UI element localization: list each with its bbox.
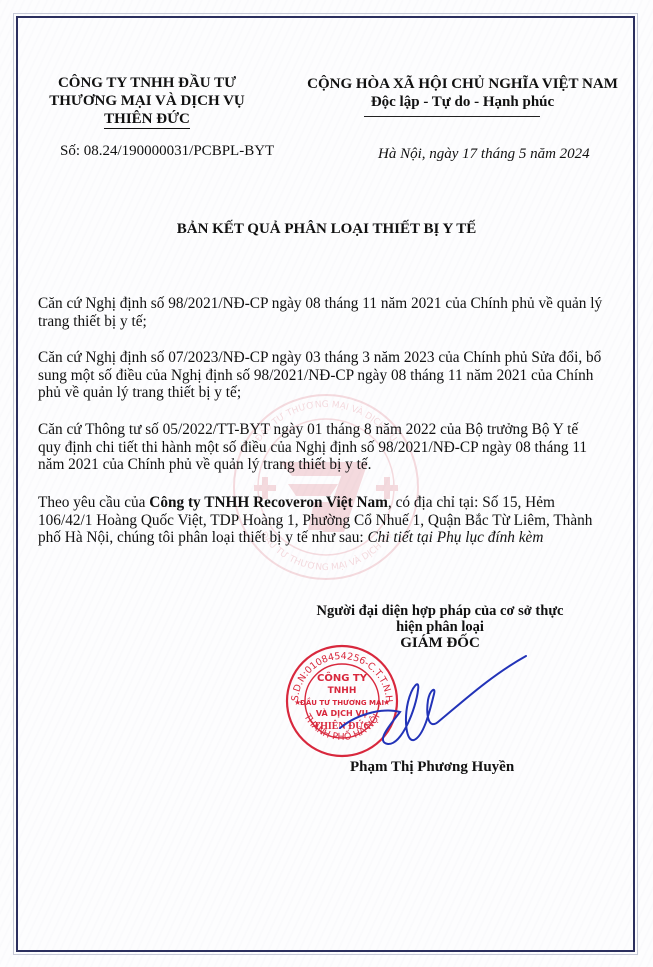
company-name-line-3: THIÊN ĐỨC <box>104 111 190 129</box>
paragraph-line: trang thiết bị y tế; <box>38 313 638 331</box>
paragraph-line: phủ về quản lý trang thiết bị y tế; <box>38 384 638 402</box>
paragraph-line: sung một số điều của Nghị định số 98/202… <box>38 367 638 385</box>
paragraph-line: quy định chi tiết thi hành một số điều c… <box>38 439 638 457</box>
paragraph-line: Căn cứ Nghị định số 07/2023/NĐ-CP ngày 0… <box>38 349 638 367</box>
motto-underline <box>364 116 540 117</box>
nation-name: CỘNG HÒA XÃ HỘI CHỦ NGHĨA VIỆT NAM <box>285 75 640 93</box>
company-name-block: CÔNG TY TNHH ĐẦU TƯ THƯƠNG MẠI VÀ DỊCH V… <box>40 74 254 129</box>
paragraph-legal-basis-1: Căn cứ Nghị định số 98/2021/NĐ-CP ngày 0… <box>38 295 638 330</box>
paragraph-line: phố Hà Nội, chúng tôi phân loại thiết bị… <box>38 529 638 547</box>
company-name-line-1: CÔNG TY TNHH ĐẦU TƯ <box>40 74 254 92</box>
paragraph-request: Theo yêu cầu của Công ty TNHH Recoveron … <box>38 494 638 547</box>
client-company-name: Công ty TNHH Recoveron Việt Nam <box>149 494 388 511</box>
issue-date: Hà Nội, ngày 17 tháng 5 năm 2024 <box>378 146 590 163</box>
company-name-line-2: THƯƠNG MẠI VÀ DỊCH VỤ <box>40 92 254 110</box>
paragraph-line: Căn cứ Nghị định số 98/2021/NĐ-CP ngày 0… <box>38 295 638 313</box>
paragraph-legal-basis-3: Căn cứ Thông tư số 05/2022/TT-BYT ngày 0… <box>38 421 638 474</box>
national-header: CỘNG HÒA XÃ HỘI CHỦ NGHĨA VIỆT NAM Độc l… <box>285 75 640 111</box>
signatory-name: Phạm Thị Phương Huyền <box>350 759 514 776</box>
document-title: BẢN KẾT QUẢ PHÂN LOẠI THIẾT BỊ Y TẾ <box>0 221 653 238</box>
handwritten-signature-icon <box>330 650 530 760</box>
appendix-reference: Chi tiết tại Phụ lục đính kèm <box>367 529 543 546</box>
paragraph-line: Căn cứ Thông tư số 05/2022/TT-BYT ngày 0… <box>38 421 638 439</box>
paragraph-line: Theo yêu cầu của Công ty TNHH Recoveron … <box>38 494 638 512</box>
paragraph-legal-basis-2: Căn cứ Nghị định số 07/2023/NĐ-CP ngày 0… <box>38 349 638 402</box>
document-number: Số: 08.24/190000031/PCBPL-BYT <box>60 143 274 160</box>
paragraph-line: 106/42/1 Hoàng Quốc Việt, TDP Hoàng 1, P… <box>38 512 638 530</box>
national-motto: Độc lập - Tự do - Hạnh phúc <box>285 93 640 111</box>
paragraph-line: năm 2021 của Chính phủ về quản lý trang … <box>38 456 638 474</box>
